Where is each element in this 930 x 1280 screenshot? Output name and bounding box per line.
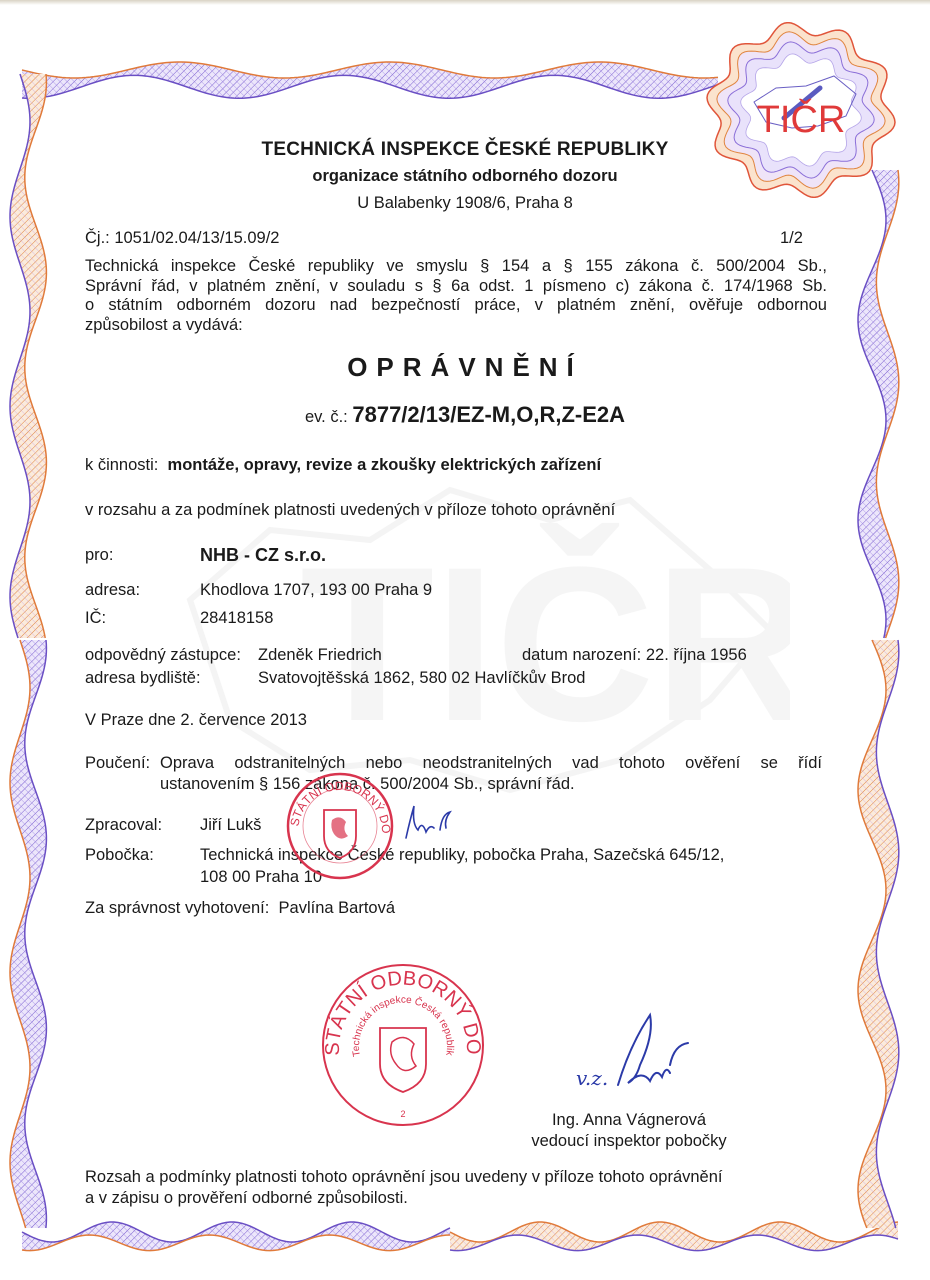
evidence-number: ev. č.: 7877/2/13/EZ-M,O,R,Z-E2A bbox=[0, 405, 930, 427]
correctness-label: Za správnost vyhotovení: bbox=[85, 899, 269, 917]
evidence-label: ev. č.: bbox=[305, 408, 348, 426]
activity-label: k činnosti: bbox=[85, 456, 158, 474]
signature-vagnerova-icon: v.z. bbox=[570, 1005, 710, 1095]
evidence-value: 7877/2/13/EZ-M,O,R,Z-E2A bbox=[352, 402, 625, 427]
processed-value: Jiří Lukš bbox=[200, 815, 261, 835]
organization-name: TECHNICKÁ INSPEKCE ČESKÉ REPUBLIKY bbox=[0, 140, 930, 160]
residence-label: adresa bydliště: bbox=[85, 668, 201, 688]
svg-text:2: 2 bbox=[400, 1109, 405, 1119]
svg-text:TIČR: TIČR bbox=[300, 521, 790, 767]
organization-subtitle: organizace státního odborného dozoru bbox=[0, 166, 930, 186]
representative-label: odpovědný zástupce: bbox=[85, 645, 241, 665]
intro-line: Správní řád, v platném znění, v souladu … bbox=[85, 277, 827, 297]
intro-line: Technická inspekce České republiky ve sm… bbox=[85, 257, 827, 277]
signature-luks-icon bbox=[400, 800, 460, 844]
intro-paragraph: Technická inspekce České republiky ve sm… bbox=[85, 257, 827, 335]
ic-value: 28418158 bbox=[200, 608, 273, 628]
correctness-value: Pavlína Bartová bbox=[279, 899, 395, 917]
signatory-name: Ing. Anna Vágnerová bbox=[519, 1110, 739, 1130]
intro-line: o státním odborném dozoru nad bezpečnost… bbox=[85, 296, 827, 316]
ic-label: IČ: bbox=[85, 608, 106, 628]
holder-label: pro: bbox=[85, 545, 113, 565]
address-value: Khodlova 1707, 193 00 Praha 9 bbox=[200, 580, 432, 600]
small-official-stamp-icon: STÁTNÍ ODBORNÝ DOZOR bbox=[284, 770, 396, 882]
birth-label: datum narození: bbox=[522, 646, 641, 664]
official-stamp-icon: STÁTNÍ ODBORNÝ DOZOR Technická inspekce … bbox=[318, 960, 488, 1130]
correctness-row: Za správnost vyhotovení: Pavlína Bartová bbox=[85, 898, 395, 918]
instruction-line1: Oprava odstranitelných nebo neodstranite… bbox=[160, 753, 822, 773]
instruction-label: Poučení: bbox=[85, 753, 150, 773]
scope-note: v rozsahu a za podmínek platnosti uveden… bbox=[85, 500, 615, 520]
svg-text:STÁTNÍ ODBORNÝ DOZOR: STÁTNÍ ODBORNÝ DOZOR bbox=[318, 960, 484, 1056]
place-date: V Praze dne 2. července 2013 bbox=[85, 710, 307, 730]
page-number: 1/2 bbox=[780, 228, 803, 248]
processed-label: Zpracoval: bbox=[85, 815, 162, 835]
intro-line: způsobilost a vydává: bbox=[85, 316, 827, 336]
address-label: adresa: bbox=[85, 580, 140, 600]
reference-number: Čj.: 1051/02.04/13/15.09/2 bbox=[85, 228, 280, 248]
branch-label: Pobočka: bbox=[85, 845, 154, 865]
branch-line1: Technická inspekce České republiky, pobo… bbox=[200, 845, 724, 865]
holder-name: NHB - CZ s.r.o. bbox=[200, 545, 326, 565]
activity-row: k činnosti: montáže, opravy, revize a zk… bbox=[85, 455, 601, 475]
signatory-title: vedoucí inspektor pobočky bbox=[508, 1131, 750, 1151]
birth-date: datum narození: 22. října 1956 bbox=[522, 645, 747, 665]
birth-value: 22. října 1956 bbox=[646, 646, 747, 664]
activity-value: montáže, opravy, revize a zkoušky elektr… bbox=[168, 456, 601, 474]
footer-note-line2: a v zápisu o prověření odborné způsobilo… bbox=[85, 1188, 408, 1208]
residence-value: Svatovojtěšská 1862, 580 02 Havlíčkův Br… bbox=[258, 668, 585, 688]
footer-note-line1: Rozsah a podmínky platnosti tohoto opráv… bbox=[85, 1167, 723, 1187]
representative-name: Zdeněk Friedrich bbox=[258, 645, 382, 665]
document-title: OPRÁVNĚNÍ bbox=[0, 357, 930, 377]
svg-text:v.z.: v.z. bbox=[576, 1066, 608, 1090]
organization-address: U Balabenky 1908/6, Praha 8 bbox=[0, 193, 930, 213]
logo-text: TIČR bbox=[757, 97, 846, 141]
